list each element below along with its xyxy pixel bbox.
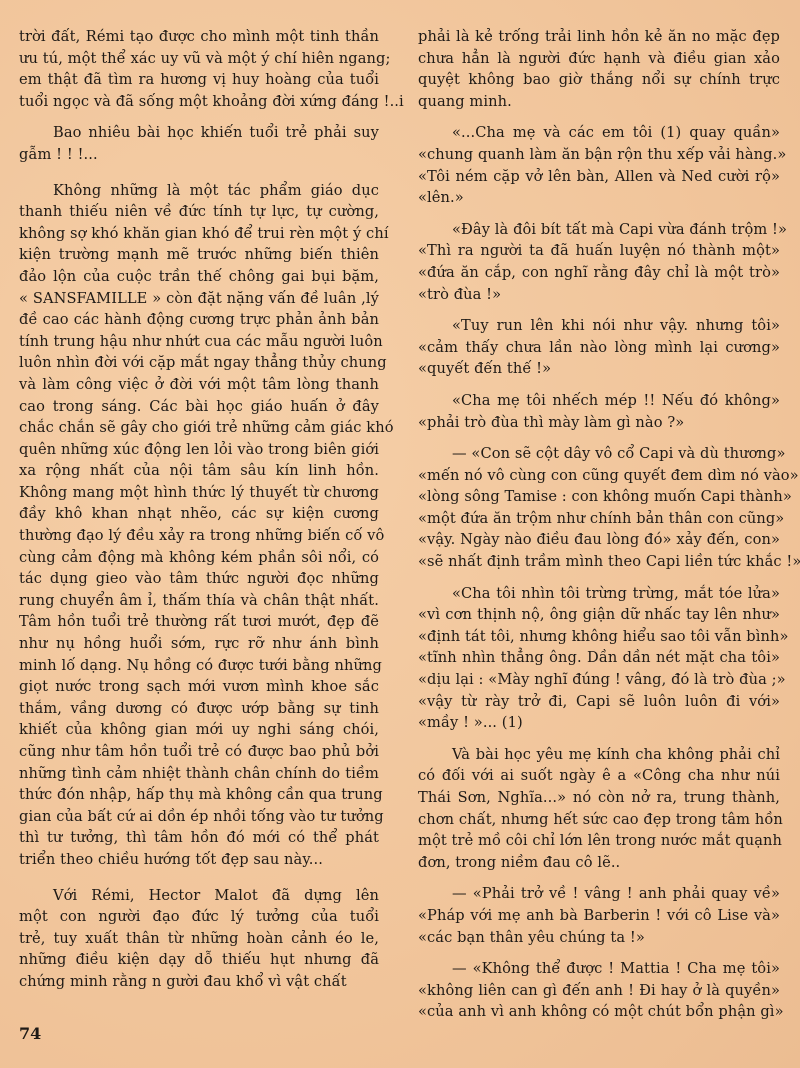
paragraph-gap: [418, 734, 780, 744]
text-line: «Pháp với mẹ anh bà Barberin ! với cô Li…: [418, 905, 780, 927]
paragraph: — «Không thể được ! Mattia ! Cha mẹ tôi»…: [418, 958, 780, 1023]
paragraph-gap: [418, 112, 780, 122]
text-line: như nụ hồng huổi sớm, rực rỡ như ánh bìn…: [19, 633, 379, 655]
text-line: «Thì ra người ta đã huấn luyện nó thành …: [418, 240, 780, 262]
left-column: trời đất, Rémi tạo được cho mình một tin…: [19, 26, 379, 993]
paragraph-gap: [19, 166, 379, 180]
paragraph: Không những là một tác phẩm giáo dụcthan…: [19, 180, 379, 871]
book-page: trời đất, Rémi tạo được cho mình một tin…: [0, 0, 800, 1068]
text-line: trời đất, Rémi tạo được cho mình một tin…: [19, 26, 379, 48]
text-line: thì tư tưởng, thì tâm hồn đó mới có thể …: [19, 827, 379, 849]
text-line: quên những xúc động len lỏi vào trong bi…: [19, 439, 379, 461]
text-line: cũng như tâm hồn tuổi trẻ có được bao ph…: [19, 741, 379, 763]
text-line: Tâm hồn tuổi trẻ thường rất tươi mướt, đ…: [19, 611, 379, 633]
text-line: «cảm thấy chưa lần nào lòng mình lại cươ…: [418, 337, 780, 359]
paragraph: «Đây là đôi bít tất mà Capi vừa đánh trộ…: [418, 219, 780, 305]
text-line: «lên.»: [418, 187, 780, 209]
text-line: «đứa ăn cắp, con nghĩ rằng đây chỉ là mộ…: [418, 262, 780, 284]
text-line: « SANSFAMILLE » còn đặt nặng vấn đề luân…: [19, 288, 379, 310]
right-column: phải là kẻ trống trải linh hồn kẻ ăn no …: [418, 26, 780, 1023]
text-line: — «Không thể được ! Mattia ! Cha mẹ tôi»: [418, 958, 780, 980]
paragraph: — «Phải trở về ! vâng ! anh phải quay về…: [418, 883, 780, 948]
text-line: giọt nước trong sạch mới vươn mình khoe …: [19, 676, 379, 698]
text-line: thanh thiếu niên về đức tính tự lực, tự …: [19, 201, 379, 223]
text-line: thắm, vầng dương có được ướp bằng sự tin…: [19, 698, 379, 720]
text-line: «Tôi ném cặp vở lên bàn, Allen và Ned cư…: [418, 166, 780, 188]
text-line: «không liên can gì đến anh ! Đi hay ở là…: [418, 980, 780, 1002]
text-line: trẻ, tuy xuất thân từ những hoàn cảnh éo…: [19, 928, 379, 950]
paragraph: «Cha mẹ tôi nhếch mép !! Nếu đó không»«p…: [418, 390, 780, 433]
text-line: «một đứa ăn trộm như chính bản thân con …: [418, 508, 780, 530]
text-line: xa rộng nhất của nội tâm sâu kín linh hồ…: [19, 460, 379, 482]
text-line: «tĩnh nhìn thẳng ông. Dần dần nét mặt ch…: [418, 647, 780, 669]
text-line: «mến nó vô cùng con cũng quyết đem dìm n…: [418, 465, 780, 487]
text-line: một trẻ mồ côi chỉ lớn lên trong nước mắ…: [418, 830, 780, 852]
text-line: những điều kiện dạy dỗ thiếu hụt nhưng đ…: [19, 949, 379, 971]
text-line: «mầy ! »... (1): [418, 712, 780, 734]
text-line: những tình cảm nhiệt thành chân chính do…: [19, 763, 379, 785]
paragraph-gap: [418, 433, 780, 443]
text-line: Bao nhiêu bài học khiến tuổi trẻ phải su…: [19, 122, 379, 144]
text-line: «Cha tôi nhìn tôi trừng trừng, mắt tóe l…: [418, 583, 780, 605]
text-line: thường đạo lý đều xảy ra trong những biế…: [19, 525, 379, 547]
text-line: «các bạn thân yêu chúng ta !»: [418, 927, 780, 949]
text-line: «của anh vì anh không có một chút bổn ph…: [418, 1001, 780, 1023]
text-line: Và bài học yêu mẹ kính cha không phải ch…: [418, 744, 780, 766]
page-number: 74: [19, 1024, 41, 1043]
text-line: «Đây là đôi bít tất mà Capi vừa đánh trộ…: [418, 219, 780, 241]
text-line: phải là kẻ trống trải linh hồn kẻ ăn no …: [418, 26, 780, 48]
text-line: «Tuy run lên khi nói như vậy. nhưng tôi»: [418, 315, 780, 337]
text-line: «...Cha mẹ và các em tôi (1) quay quần»: [418, 122, 780, 144]
text-line: không sợ khó khăn gian khó để trui rèn m…: [19, 223, 379, 245]
text-line: — «Phải trở về ! vâng ! anh phải quay về…: [418, 883, 780, 905]
text-line: quyệt không bao giờ thắng nổi sự chính t…: [418, 69, 780, 91]
paragraph: phải là kẻ trống trải linh hồn kẻ ăn no …: [418, 26, 780, 112]
paragraph: «Cha tôi nhìn tôi trừng trừng, mắt tóe l…: [418, 583, 780, 734]
text-line: «lòng sông Tamise : con không muốn Capi …: [418, 486, 780, 508]
paragraph-gap: [418, 305, 780, 315]
text-line: thức đón nhập, hấp thụ mà không cần qua …: [19, 784, 379, 806]
text-line: đảo lộn của cuộc trần thế chông gai bụi …: [19, 266, 379, 288]
paragraph-gap: [19, 112, 379, 122]
text-line: chắc chắn sẽ gây cho giới trẻ những cảm …: [19, 417, 379, 439]
text-line: cùng cảm động mà không kém phần sôi nổi,…: [19, 547, 379, 569]
text-line: tính trung hậu như nhứt cua các mẫu ngườ…: [19, 331, 379, 353]
paragraph-gap: [418, 209, 780, 219]
paragraph: «...Cha mẹ và các em tôi (1) quay quần»«…: [418, 122, 780, 208]
text-line: Với Rémi, Hector Malot đã dựng lên: [19, 885, 379, 907]
text-line: Không những là một tác phẩm giáo dục: [19, 180, 379, 202]
text-line: đầy khô khan nhạt nhẽo, các sự kiện cươn…: [19, 503, 379, 525]
text-line: đơn, trong niềm đau cô lẽ..: [418, 852, 780, 874]
text-line: «Cha mẹ tôi nhếch mép !! Nếu đó không»: [418, 390, 780, 412]
text-line: em thật đã tìm ra hương vị huy hoàng của…: [19, 69, 379, 91]
text-line: «trò đùa !»: [418, 284, 780, 306]
text-line: triển theo chiều hướng tốt đẹp sau này..…: [19, 849, 379, 871]
text-line: cao trong sáng. Các bài học giáo huấn ở …: [19, 396, 379, 418]
paragraph: — «Con sẽ cột dây vô cổ Capi và dù thươn…: [418, 443, 780, 573]
paragraph-gap: [19, 871, 379, 885]
text-line: «chung quanh làm ăn bận rộn thu xếp vải …: [418, 144, 780, 166]
paragraph: Bao nhiêu bài học khiến tuổi trẻ phải su…: [19, 122, 379, 165]
text-line: «vậy. Ngày nào điều đau lòng đó» xảy đến…: [418, 529, 780, 551]
text-line: có đối với ai suốt ngày ê a «Công cha nh…: [418, 765, 780, 787]
paragraph: Và bài học yêu mẹ kính cha không phải ch…: [418, 744, 780, 874]
text-line: «dịu lại : «Mày nghĩ đúng ! vâng, đó là …: [418, 669, 780, 691]
text-line: «vậy từ rày trở đi, Capi sẽ luôn luôn đi…: [418, 691, 780, 713]
text-line: chứng minh rằng n gười đau khổ vì vật ch…: [19, 971, 379, 993]
text-line: tuổi ngọc và đã sống một khoảng đời xứng…: [19, 91, 379, 113]
text-line: «định tát tôi, nhưng không hiểu sao tôi …: [418, 626, 780, 648]
text-line: tác dụng gieo vào tâm thức người đọc nhữ…: [19, 568, 379, 590]
text-line: — «Con sẽ cột dây vô cổ Capi và dù thươn…: [418, 443, 780, 465]
paragraph: Với Rémi, Hector Malot đã dựng lênmột co…: [19, 885, 379, 993]
paragraph: «Tuy run lên khi nói như vậy. nhưng tôi»…: [418, 315, 780, 380]
text-line: «vì cơn thịnh nộ, ông giận dữ nhấc tay l…: [418, 604, 780, 626]
text-line: gian của bất cứ ai dồn ép nhồi tống vào …: [19, 806, 379, 828]
text-line: «quyết đến thế !»: [418, 358, 780, 380]
paragraph: trời đất, Rémi tạo được cho mình một tin…: [19, 26, 379, 112]
text-line: Thái Sơn, Nghĩa...» nó còn nở ra, trung …: [418, 787, 780, 809]
paragraph-gap: [418, 873, 780, 883]
text-line: một con người đạo đức lý tưởng của tuổi: [19, 906, 379, 928]
text-line: rung chuyển âm ỉ, thấm thía và chân thật…: [19, 590, 379, 612]
text-line: gẫm ! ! !...: [19, 144, 379, 166]
text-line: «phải trò đùa thì mày làm gì nào ?»: [418, 412, 780, 434]
text-line: Không mang một hình thức lý thuyết từ ch…: [19, 482, 379, 504]
text-line: quang minh.: [418, 91, 780, 113]
text-line: luôn nhìn đời với cặp mắt ngay thẳng thủ…: [19, 352, 379, 374]
text-line: chơn chất, nhưng hết sức cao đẹp trong t…: [418, 809, 780, 831]
text-line: ưu tú, một thể xác uy vũ và một ý chí hi…: [19, 48, 379, 70]
text-line: chưa hẳn là người đức hạnh và điều gian …: [418, 48, 780, 70]
text-line: minh lố dạng. Nụ hồng có được tưới bằng …: [19, 655, 379, 677]
text-line: khiết của không gian mới uy nghi sáng ch…: [19, 719, 379, 741]
text-line: và làm công việc ở đời với một tâm lòng …: [19, 374, 379, 396]
paragraph-gap: [418, 380, 780, 390]
text-line: kiện trường mạnh mẽ trước những biến thi…: [19, 244, 379, 266]
text-line: đề cao các hành động cương trực phản ảnh…: [19, 309, 379, 331]
text-line: «sẽ nhất định trầm mình theo Capi liền t…: [418, 551, 780, 573]
paragraph-gap: [418, 573, 780, 583]
paragraph-gap: [418, 948, 780, 958]
